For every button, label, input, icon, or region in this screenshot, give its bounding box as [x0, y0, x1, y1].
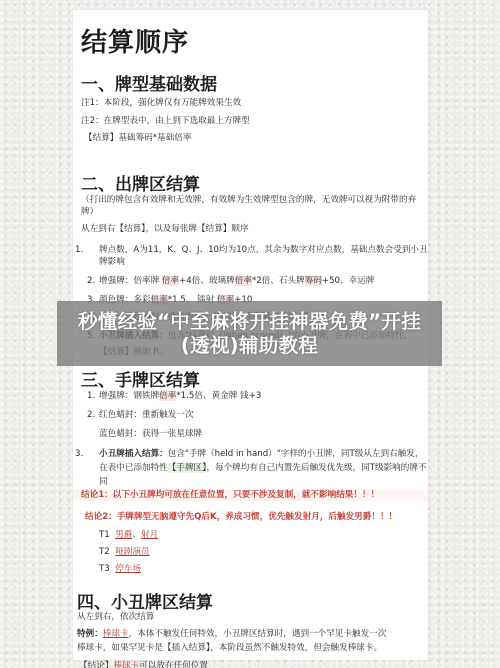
section-heading-3: 三、手牌区结算: [81, 366, 200, 391]
joker-link-baseball-card[interactable]: 棒球卡: [113, 661, 139, 668]
tier-row-t3: T3 停车场: [99, 563, 141, 575]
note-1: 注1：本阶段，强化牌仅有万能牌效果生效: [81, 97, 241, 109]
highlight: 倍率: [235, 276, 252, 286]
tier-row-t2: T2 哑剧演员: [99, 546, 150, 558]
section-heading-4: 四、小丑牌区结算: [77, 588, 213, 613]
list-item: 2.增强牌：倍率牌 倍率+4倍、玻璃牌倍率*2倍、石头牌筹码+50、幸运牌: [87, 275, 374, 287]
joker-link-baseball-card[interactable]: 棒球卡: [103, 629, 129, 639]
joker-link-shoot-the-moon[interactable]: 射月: [141, 530, 158, 540]
tier-label: T1: [99, 530, 110, 540]
section4-conclusion: 【结论】棒球卡可以放在任何位置: [79, 660, 208, 668]
highlight: 筹码: [305, 276, 322, 286]
list-item: 1.增强牌：钢铁牌倍率*1.5倍、黄金牌 钱+3: [87, 390, 261, 402]
tier-label: T2: [99, 547, 110, 557]
banner-title: 秒懂经验“中至麻将开挂神器免费”开挂(透视)辅助教程: [65, 310, 435, 358]
section4-order: 从左到右，依次结算: [77, 611, 154, 623]
special-case: 特例：棒球卡，本体不触发任何特效，小丑牌区结算时，遇到一个罕见卡触发一次棒球卡，…: [77, 627, 387, 655]
joker-link-mime[interactable]: 哑剧演员: [115, 547, 149, 557]
overlay-banner: 秒懂经验“中至麻将开挂神器免费”开挂(透视)辅助教程: [57, 301, 442, 366]
conclusion-2: 结论2：手牌牌型无脑遵守先Q后K，养成习惯，优先触发射月，后触发男爵！！！: [85, 511, 397, 523]
section-heading-1: 一、牌型基础数据: [81, 70, 217, 95]
conclusion-1: 结论1：以下小丑牌均可放在任意位置，只要不涉及复制，就不影响结果！！！: [73, 489, 428, 501]
list-item: 2.红色蜡封：重新触发一次: [87, 409, 194, 421]
section2-intro: （打出的牌包含有效牌和无效牌，有效牌为生效牌型包含的牌，无效牌可以视为附带的弃牌…: [81, 194, 421, 218]
list-item: 1.牌点数，A为11，K、Q、J、10均为10点，其余为数字对应点数，基础点数会…: [87, 244, 429, 268]
list-item: 蓝色蜡封：获得一张星球牌: [99, 428, 202, 440]
note-2: 注2：在牌型表中，由上到下选取最上方牌型: [81, 115, 250, 127]
tier-label: T3: [99, 564, 110, 574]
joker-link-baron[interactable]: 男爵: [115, 530, 132, 540]
list-item: 3.小丑牌插入结算：包含"手牌（held in hand）"字样的小丑牌，同T级…: [87, 447, 429, 489]
section-heading-2: 二、出牌区结算: [81, 170, 200, 195]
section2-order: 从左到右【结算】，以及每张牌【结算】顺序: [81, 223, 249, 235]
highlight: 倍率: [159, 391, 176, 401]
highlight: 倍率: [162, 276, 179, 286]
joker-link-parking-lot[interactable]: 停车场: [115, 564, 141, 574]
tier-row-t1: T1 男爵、射月: [99, 529, 158, 541]
settlement-formula: 【结算】基础筹码*基础倍率: [84, 132, 191, 144]
highlight: 【手牌区】: [168, 463, 207, 473]
page-title: 结算顺序: [81, 22, 189, 59]
